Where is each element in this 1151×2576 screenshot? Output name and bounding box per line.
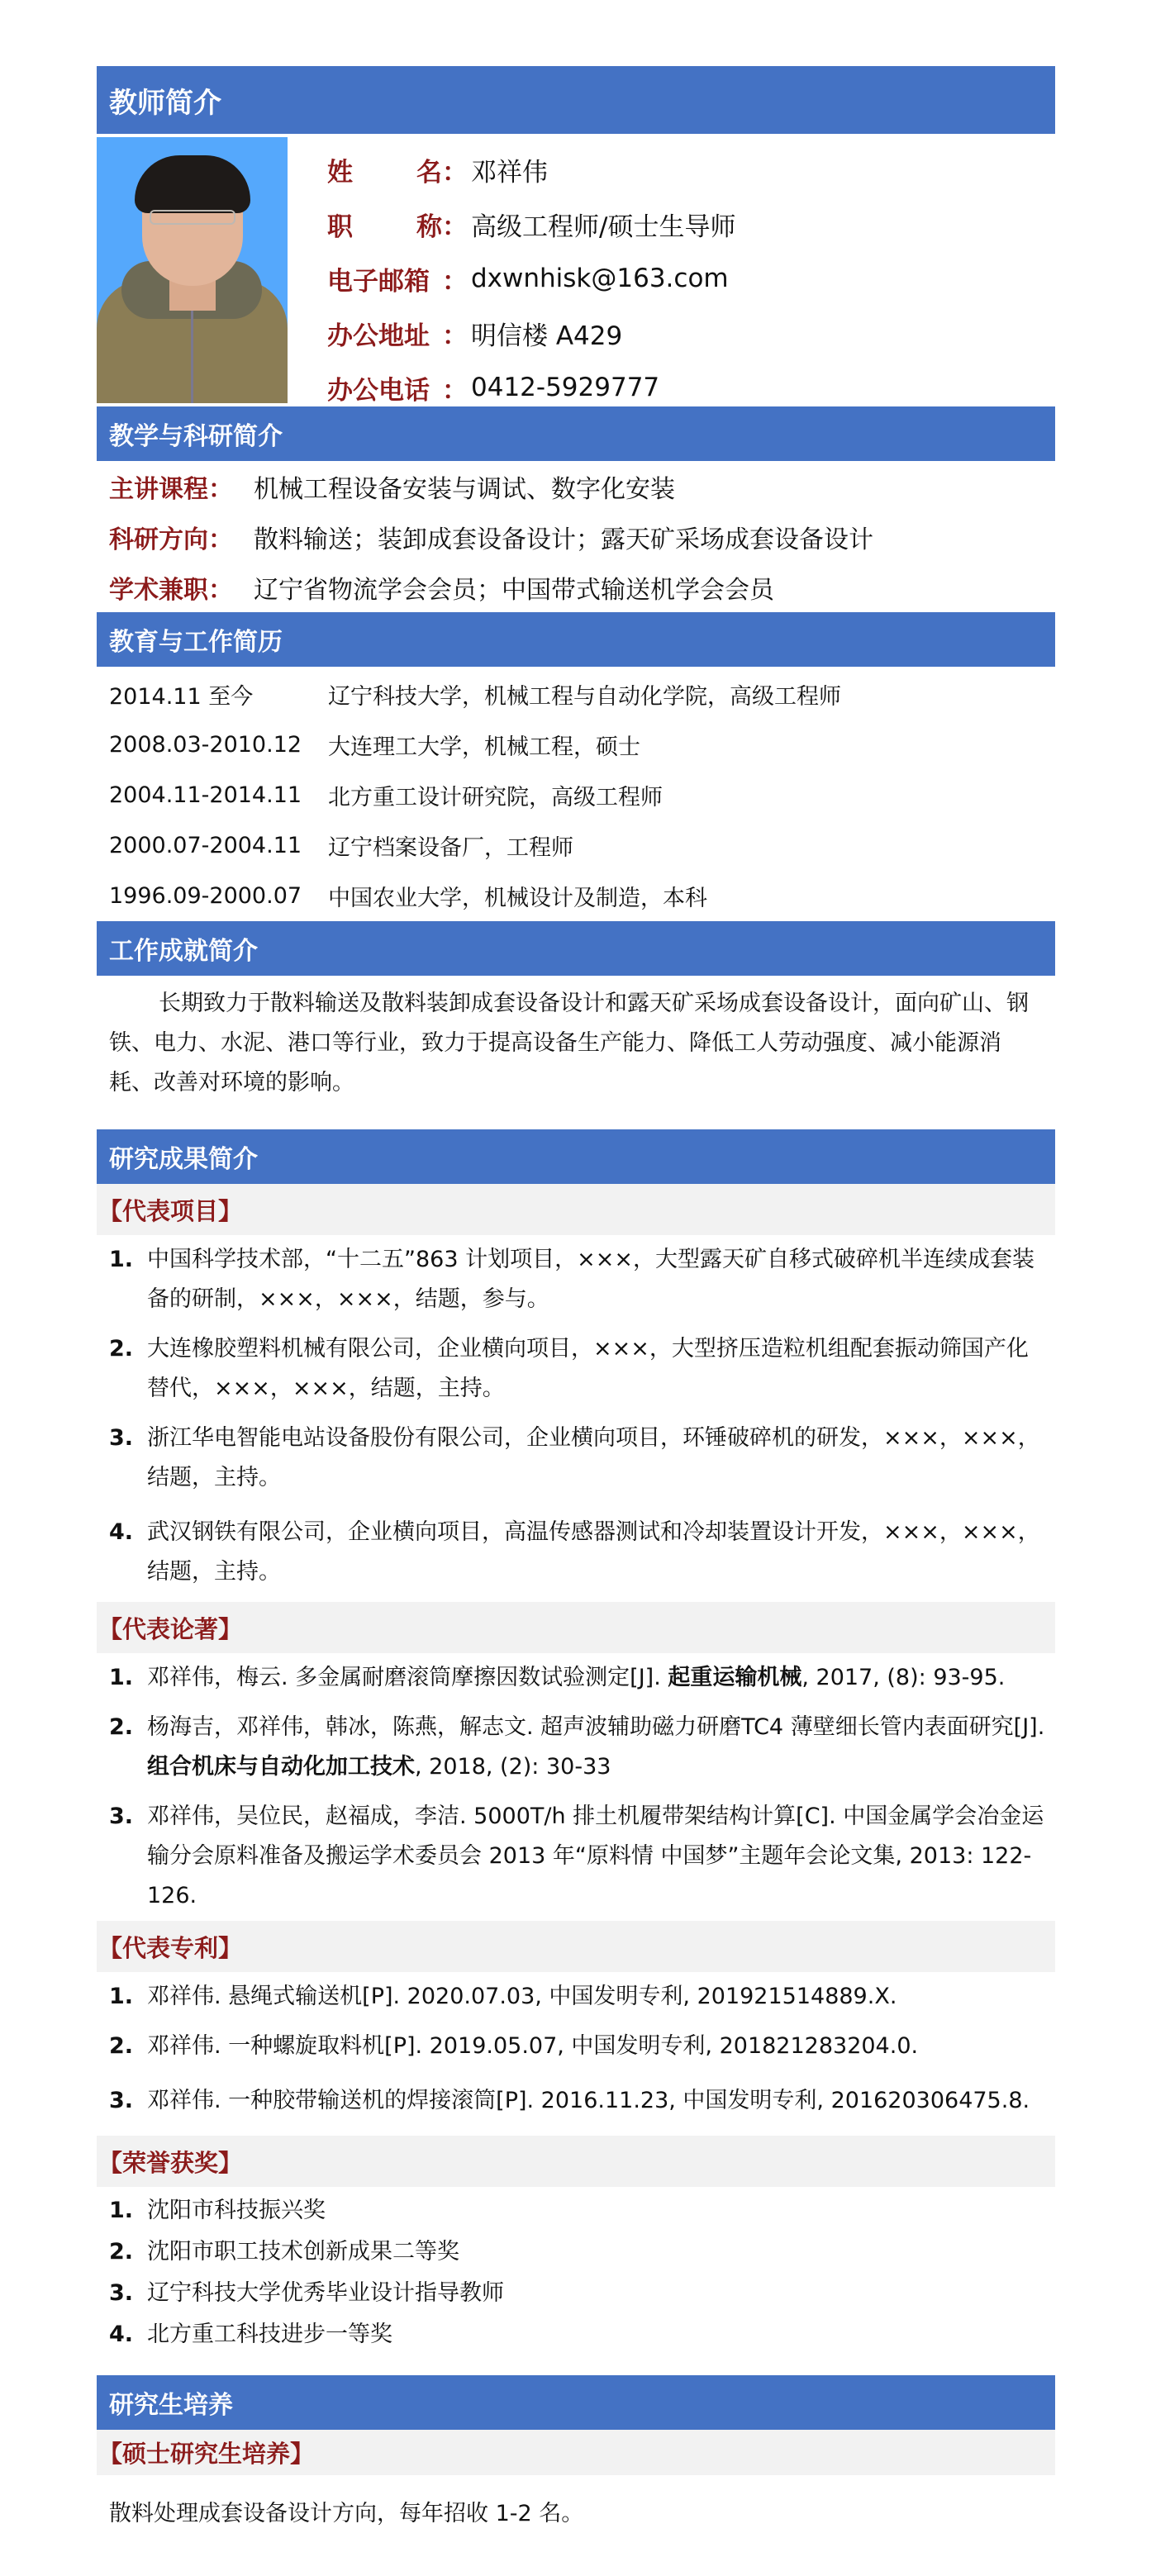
subheader-title: 【代表论著】 — [98, 1611, 242, 1645]
item-text: 杨海吉，邓祥伟，韩冰，陈燕，解志文. 超声波辅助磁力研磨TC4 薄壁细长管内表面… — [147, 1708, 1045, 1787]
field-label-spaced: 姓 名 — [327, 151, 442, 188]
timeline-date: 2004.11-2014.11 — [109, 782, 328, 808]
label-text: 电子邮箱 — [327, 260, 430, 297]
item-text: 邓祥伟. 悬绳式输送机[P]. 2020.07.03, 中国发明专利, 2019… — [147, 1977, 1045, 2017]
honor-item: 1. 沈阳市科技振兴奖 — [97, 2190, 1055, 2231]
item-text: 邓祥伟，梅云. 多金属耐磨滚筒摩擦因数试验测定[J]. 起重运输机械, 2017… — [147, 1658, 1045, 1698]
label-char: 称 — [416, 206, 442, 243]
item-number: 3. — [109, 1797, 147, 1916]
section-header-graduate: 研究生培养 — [97, 2375, 1055, 2430]
section-title: 工作成就简介 — [109, 930, 258, 967]
honor-item: 2. 沈阳市职工技术创新成果二等奖 — [97, 2231, 1055, 2273]
paper-citation: 邓祥伟，梅云. 多金属耐磨滚筒摩擦因数试验测定[J]. — [147, 1665, 668, 1690]
timeline-date: 1996.09-2000.07 — [109, 883, 328, 909]
label-text: 办公电话 — [327, 369, 430, 406]
paper-item: 3. 邓祥伟，吴位民，赵福成，李洁. 5000T/h 排土机履带架结构计算[C]… — [109, 1797, 1045, 1916]
paper-item: 2. 杨海吉，邓祥伟，韩冰，陈燕，解志文. 超声波辅助磁力研磨TC4 薄壁细长管… — [109, 1708, 1045, 1787]
timeline-date: 2000.07-2004.11 — [109, 833, 328, 858]
subheader-masters: 【硕士研究生培养】 — [97, 2430, 1055, 2475]
profile-block: 姓 名 ： 邓祥伟 职 称 ： 高级工程师/硕士生导师 — [97, 137, 1055, 406]
item-number: 3. — [109, 2273, 147, 2314]
teaching-row-courses: 主讲课程： 机械工程设备安装与调试、数字化安装 — [97, 461, 1055, 511]
teacher-profile-page: 教师简介 姓 名 ： 邓祥伟 — [97, 66, 1055, 2527]
item-number: 4. — [109, 2314, 147, 2355]
section-header-achievements: 工作成就简介 — [97, 921, 1055, 976]
patent-item: 3. 邓祥伟. 一种胶带输送机的焊接滚筒[P]. 2016.11.23, 中国发… — [109, 2081, 1045, 2121]
field-email: 电子邮箱 ： dxwnhisk@163.com — [327, 251, 735, 306]
item-text: 浙江华电智能电站设备股份有限公司，企业横向项目，环锤破碎机的研发，×××，×××… — [147, 1419, 1045, 1498]
item-number: 3. — [109, 1419, 147, 1498]
item-text: 武汉钢铁有限公司，企业横向项目，高温传感器测试和冷却装置设计开发，×××，×××… — [147, 1513, 1045, 1592]
timeline-desc: 中国农业大学，机械设计及制造，本科 — [328, 880, 707, 912]
subheader-papers: 【代表论著】 — [97, 1602, 1055, 1653]
timeline-desc: 大连理工大学，机械工程，硕士 — [328, 729, 640, 761]
section-title: 教学与科研简介 — [109, 416, 283, 452]
section-header-profile: 教师简介 — [97, 66, 1055, 134]
section-title: 教育与工作简历 — [109, 621, 283, 658]
field-label: 办公电话 ： — [327, 369, 471, 406]
timeline-date: 2014.11 至今 — [109, 678, 328, 711]
timeline-desc: 辽宁科技大学，机械工程与自动化学院，高级工程师 — [328, 678, 841, 711]
field-label: 办公地址 ： — [327, 315, 471, 352]
timeline-row: 2014.11 至今 辽宁科技大学，机械工程与自动化学院，高级工程师 — [97, 669, 1055, 720]
field-office-phone: 办公电话 ： 0412-5929777 — [327, 360, 735, 415]
timeline-row: 2000.07-2004.11 辽宁档案设备厂，工程师 — [97, 820, 1055, 871]
item-number: 2. — [109, 1708, 147, 1787]
subheader-patents: 【代表专利】 — [97, 1921, 1055, 1972]
label-char: 姓 — [327, 151, 353, 188]
item-number: 3. — [109, 2081, 147, 2121]
item-number: 2. — [109, 2231, 147, 2273]
item-number: 1. — [109, 2190, 147, 2231]
label-colon: ： — [442, 206, 468, 243]
label-colon: ： — [442, 315, 468, 352]
item-text: 沈阳市科技振兴奖 — [147, 2190, 326, 2231]
kv-value: 辽宁省物流学会会员；中国带式输送机学会会员 — [254, 569, 774, 606]
section-title: 研究成果简介 — [109, 1138, 258, 1175]
paper-details: , 2018, (2): 30-33 — [415, 1754, 611, 1780]
section-header-history: 教育与工作简历 — [97, 612, 1055, 667]
field-value: 0412-5929777 — [471, 373, 659, 402]
subheader-honors: 【荣誉获奖】 — [97, 2136, 1055, 2187]
project-item: 1. 中国科学技术部，“十二五”863 计划项目，×××，大型露天矿自移式破碎机… — [109, 1240, 1045, 1319]
journal-name: 组合机床与自动化加工技术 — [147, 1754, 415, 1780]
timeline-desc: 辽宁档案设备厂，工程师 — [328, 829, 573, 862]
item-number: 1. — [109, 1658, 147, 1698]
item-number: 2. — [109, 1329, 147, 1409]
item-text: 大连橡胶塑料机械有限公司，企业横向项目，×××，大型挤压造粒机组配套振动筛国产化… — [147, 1329, 1045, 1409]
field-name: 姓 名 ： 邓祥伟 — [327, 142, 735, 197]
item-text: 中国科学技术部，“十二五”863 计划项目，×××，大型露天矿自移式破碎机半连续… — [147, 1240, 1045, 1319]
teaching-list: 主讲课程： 机械工程设备安装与调试、数字化安装 科研方向： 散料输送；装卸成套设… — [97, 461, 1055, 612]
item-number: 4. — [109, 1513, 147, 1592]
label-colon: ： — [442, 260, 468, 297]
photo-zipper — [191, 311, 193, 403]
honor-item: 3. 辽宁科技大学优秀毕业设计指导教师 — [97, 2273, 1055, 2314]
teaching-row-research: 科研方向： 散料输送；装卸成套设备设计；露天矿采场成套设备设计 — [97, 511, 1055, 562]
timeline-row: 2004.11-2014.11 北方重工设计研究院，高级工程师 — [97, 770, 1055, 820]
field-value: 高级工程师/硕士生导师 — [471, 206, 735, 243]
label-colon: ： — [442, 151, 468, 188]
photo-glasses — [150, 210, 235, 225]
subheader-title: 【荣誉获奖】 — [98, 2145, 242, 2179]
subheader-title: 【代表项目】 — [98, 1193, 242, 1227]
field-label: 姓 名 ： — [327, 151, 471, 188]
profile-info: 姓 名 ： 邓祥伟 职 称 ： 高级工程师/硕士生导师 — [288, 137, 735, 406]
email-link[interactable]: dxwnhisk@163.com — [471, 264, 729, 293]
teaching-row-academic: 学术兼职： 辽宁省物流学会会员；中国带式输送机学会会员 — [97, 562, 1055, 612]
field-label: 职 称 ： — [327, 206, 471, 243]
kv-label: 主讲课程： — [109, 468, 254, 505]
subheader-projects: 【代表项目】 — [97, 1184, 1055, 1235]
field-title: 职 称 ： 高级工程师/硕士生导师 — [327, 197, 735, 251]
patent-item: 1. 邓祥伟. 悬绳式输送机[P]. 2020.07.03, 中国发明专利, 2… — [109, 1977, 1045, 2017]
label-char: 名 — [416, 151, 442, 188]
journal-name: 起重运输机械 — [668, 1665, 801, 1690]
timeline-row: 2008.03-2010.12 大连理工大学，机械工程，硕士 — [97, 720, 1055, 770]
achievements-paragraph: 长期致力于散料输送及散料装卸成套设备设计和露天矿采场成套设备设计，面向矿山、钢铁… — [97, 976, 1055, 1110]
section-title: 教师简介 — [109, 80, 221, 121]
subheader-title: 【硕士研究生培养】 — [98, 2436, 314, 2469]
item-text: 沈阳市职工技术创新成果二等奖 — [147, 2231, 459, 2273]
timeline-desc: 北方重工设计研究院，高级工程师 — [328, 779, 663, 811]
label-colon: ： — [442, 369, 468, 406]
field-value: 明信楼 A429 — [471, 315, 622, 352]
label-char: 职 — [327, 206, 353, 243]
patents-list: 1. 邓祥伟. 悬绳式输送机[P]. 2020.07.03, 中国发明专利, 2… — [97, 1977, 1055, 2121]
subheader-title: 【代表专利】 — [98, 1930, 242, 1964]
teacher-photo — [97, 137, 288, 403]
graduate-description: 散料处理成套设备设计方向，每年招收 1-2 名。 — [97, 2475, 1055, 2527]
honors-list: 1. 沈阳市科技振兴奖 2. 沈阳市职工技术创新成果二等奖 3. 辽宁科技大学优… — [97, 2187, 1055, 2355]
timeline-date: 2008.03-2010.12 — [109, 732, 328, 758]
kv-label: 学术兼职： — [109, 569, 254, 606]
item-text: 邓祥伟. 一种螺旋取料机[P]. 2019.05.07, 中国发明专利, 201… — [147, 2027, 1045, 2066]
paper-item: 1. 邓祥伟，梅云. 多金属耐磨滚筒摩擦因数试验测定[J]. 起重运输机械, 2… — [109, 1658, 1045, 1698]
project-item: 4. 武汉钢铁有限公司，企业横向项目，高温传感器测试和冷却装置设计开发，×××，… — [109, 1513, 1045, 1592]
field-label: 电子邮箱 ： — [327, 260, 471, 297]
spacer — [97, 1110, 1055, 1129]
paper-details: , 2017, (8): 93-95. — [801, 1665, 1005, 1690]
papers-list: 1. 邓祥伟，梅云. 多金属耐磨滚筒摩擦因数试验测定[J]. 起重运输机械, 2… — [97, 1658, 1055, 1916]
project-item: 3. 浙江华电智能电站设备股份有限公司，企业横向项目，环锤破碎机的研发，×××，… — [109, 1419, 1045, 1498]
project-item: 2. 大连橡胶塑料机械有限公司，企业横向项目，×××，大型挤压造粒机组配套振动筛… — [109, 1329, 1045, 1409]
item-text: 北方重工科技进步一等奖 — [147, 2314, 392, 2355]
label-text: 办公地址 — [327, 315, 430, 352]
field-office-address: 办公地址 ： 明信楼 A429 — [327, 306, 735, 360]
section-title: 研究生培养 — [109, 2384, 233, 2421]
paper-citation: 杨海吉，邓祥伟，韩冰，陈燕，解志文. 超声波辅助磁力研磨TC4 薄壁细长管内表面… — [147, 1714, 1044, 1740]
history-timeline: 2014.11 至今 辽宁科技大学，机械工程与自动化学院，高级工程师 2008.… — [97, 667, 1055, 921]
section-header-research: 研究成果简介 — [97, 1129, 1055, 1184]
paper-citation: 邓祥伟，吴位民，赵福成，李洁. 5000T/h 排土机履带架结构计算[C]. 中… — [147, 1804, 1044, 1908]
kv-value: 散料输送；装卸成套设备设计；露天矿采场成套设备设计 — [254, 519, 873, 555]
projects-list: 1. 中国科学技术部，“十二五”863 计划项目，×××，大型露天矿自移式破碎机… — [97, 1240, 1055, 1592]
field-value: 邓祥伟 — [471, 151, 548, 188]
kv-value: 机械工程设备安装与调试、数字化安装 — [254, 468, 675, 505]
timeline-row: 1996.09-2000.07 中国农业大学，机械设计及制造，本科 — [97, 871, 1055, 921]
item-number: 1. — [109, 1977, 147, 2017]
patent-item: 2. 邓祥伟. 一种螺旋取料机[P]. 2019.05.07, 中国发明专利, … — [109, 2027, 1045, 2066]
honor-item: 4. 北方重工科技进步一等奖 — [97, 2314, 1055, 2355]
item-text: 邓祥伟. 一种胶带输送机的焊接滚筒[P]. 2016.11.23, 中国发明专利… — [147, 2081, 1045, 2121]
photo-hair — [135, 155, 250, 213]
item-number: 1. — [109, 1240, 147, 1319]
field-label-spaced: 职 称 — [327, 206, 442, 243]
kv-label: 科研方向： — [109, 519, 254, 555]
item-number: 2. — [109, 2027, 147, 2066]
item-text: 辽宁科技大学优秀毕业设计指导教师 — [147, 2273, 504, 2314]
item-text: 邓祥伟，吴位民，赵福成，李洁. 5000T/h 排土机履带架结构计算[C]. 中… — [147, 1797, 1045, 1916]
